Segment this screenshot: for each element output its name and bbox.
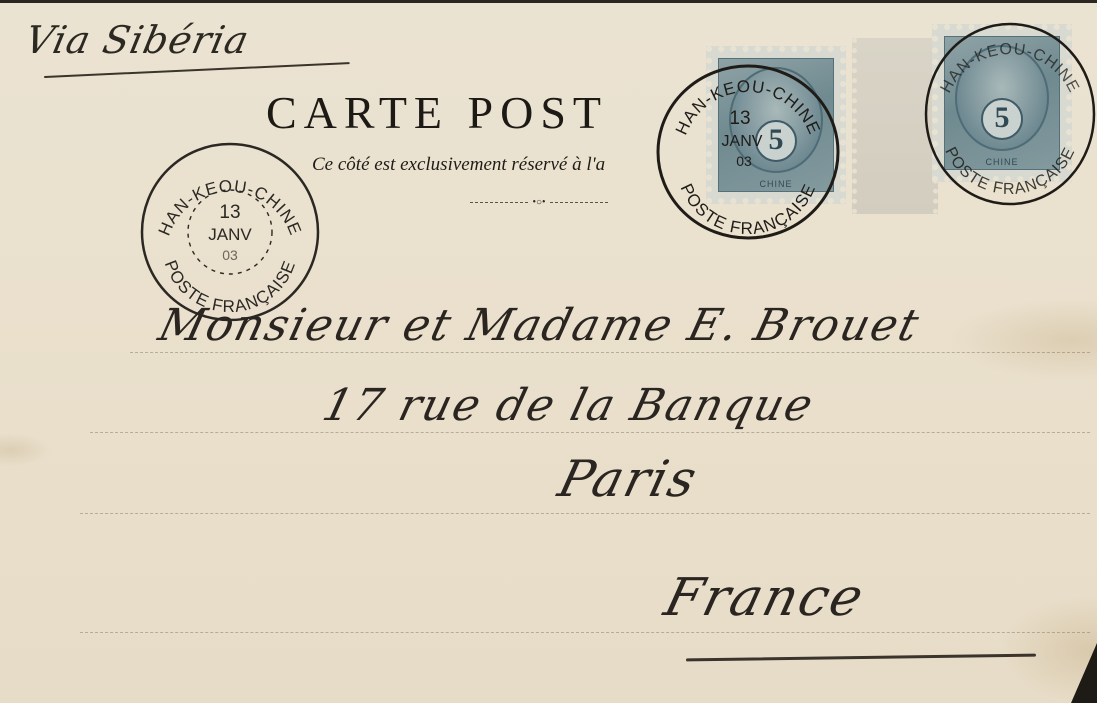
svg-text:POSTE FRANÇAISE: POSTE FRANÇAISE bbox=[941, 145, 1078, 198]
postmark-icon: HAN-KEOU-CHINE POSTE FRANÇAISE 13 JANV 0… bbox=[654, 62, 842, 242]
ornament-icon: •○• bbox=[532, 199, 546, 207]
svg-text:JANV: JANV bbox=[722, 133, 763, 150]
stamp-postmark: HAN-KEOU-CHINE POSTE FRANÇAISE bbox=[922, 20, 1097, 208]
left-postmark: HAN-KEOU-CHINE POSTE FRANÇAISE 13 JANV 0… bbox=[138, 140, 322, 324]
postmark-icon: HAN-KEOU-CHINE POSTE FRANÇAISE bbox=[922, 20, 1097, 208]
divider-rule-right bbox=[550, 202, 608, 203]
svg-text:13: 13 bbox=[219, 202, 240, 223]
stamp-postmark: HAN-KEOU-CHINE POSTE FRANÇAISE 13 JANV 0… bbox=[654, 62, 842, 242]
svg-text:JANV: JANV bbox=[208, 225, 252, 244]
svg-text:03: 03 bbox=[222, 247, 238, 263]
scan-corner-shadow bbox=[1071, 643, 1097, 703]
routing-note: Via Sibéria bbox=[21, 18, 253, 62]
postcard-back: Via Sibéria CARTE POST Ce côté est exclu… bbox=[0, 0, 1097, 703]
card-title: CARTE POST bbox=[266, 86, 608, 139]
address-underline bbox=[686, 654, 1036, 662]
address-line-country: France bbox=[659, 568, 871, 628]
divider-rule-left bbox=[470, 202, 528, 203]
address-guide-line bbox=[90, 432, 1090, 433]
card-subtitle: Ce côté est exclusivement réservé à l'a bbox=[312, 154, 605, 176]
address-guide-line bbox=[80, 632, 1090, 633]
svg-text:03: 03 bbox=[736, 153, 752, 169]
address-line-street: 17 rue de la Banque bbox=[318, 380, 820, 431]
svg-text:POSTE FRANÇAISE: POSTE FRANÇAISE bbox=[677, 181, 820, 238]
routing-note-underline bbox=[44, 62, 350, 78]
address-guide-line bbox=[130, 352, 1090, 353]
svg-text:13: 13 bbox=[729, 108, 750, 129]
ornament-divider: •○• bbox=[470, 196, 608, 210]
svg-text:HAN-KEOU-CHINE: HAN-KEOU-CHINE bbox=[938, 41, 1083, 96]
address-line-city: Paris bbox=[553, 450, 704, 508]
postmark-icon: HAN-KEOU-CHINE POSTE FRANÇAISE 13 JANV 0… bbox=[138, 140, 322, 324]
address-guide-line bbox=[80, 513, 1090, 514]
address-line-recipient: Monsieur et Madame E. Brouet bbox=[154, 300, 926, 351]
